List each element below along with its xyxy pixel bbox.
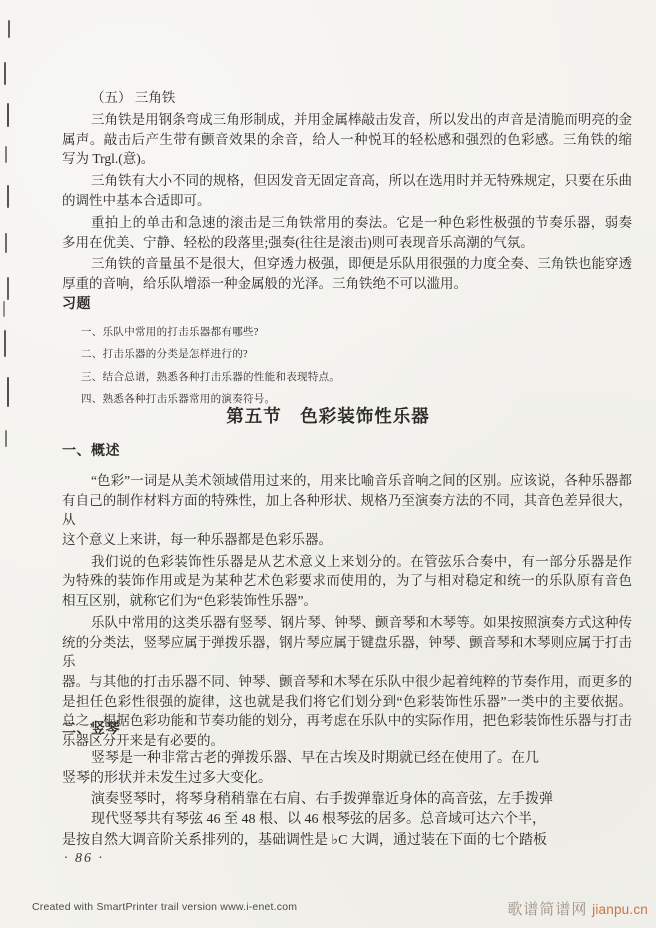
exercise-item: 三、结合总谱，熟悉各种打击乐器的性能和表现特点。: [81, 367, 632, 389]
paragraph: “色彩”一词是从美术领域借用过来的，用来比喻音乐音响之间的区别。应该说，各种乐器…: [62, 471, 632, 549]
scanned-book-page: （五） 三角铁 三角铁是用钢条弯成三角形制成，并用金属棒敲击发音，所以发出的声音…: [0, 0, 656, 928]
text-line: 演奏竖琴时，将琴身稍稍靠在右肩、右手拨弹靠近身体的高音弦，左手拨弹: [62, 790, 632, 810]
binding-mark: [3, 301, 5, 317]
paragraph: 现代竖琴共有琴弦 46 至 48 根、以 46 根琴弦的居多。总音域可达六个半，…: [62, 810, 632, 851]
triangle-section: （五） 三角铁 三角铁是用钢条弯成三角形制成，并用金属棒敲击发音，所以发出的声音…: [62, 88, 632, 294]
paragraph: 竖琴是一种非常古老的弹拨乐器、早在古埃及时期就已经在使用了。在几 竖琴的形状并未…: [62, 749, 632, 790]
text-line: 的调性中基本合适即可。: [62, 191, 632, 211]
section-title: 第五节 色彩装饰性乐器: [0, 403, 656, 428]
text-line: 现代竖琴共有琴弦 46 至 48 根、以 46 根琴弦的居多。总音域可达六个半，: [62, 810, 632, 830]
text-line: 是担任色彩性很强的旋律，这也就是我们将它们划分到“色彩装饰性乐器”一类中的主要依…: [62, 692, 632, 712]
text-line: 乐队中常用的这类乐器有竖琴、钢片琴、钟琴、颤音琴和木琴等。如果按照演奏方式这种传: [62, 613, 632, 633]
binding-mark: [5, 233, 7, 253]
paragraph: 重拍上的单击和急速的滚击是三角铁常用的奏法。它是一种色彩性极强的节奏乐器，弱奏 …: [62, 213, 632, 253]
paragraph: 演奏竖琴时，将琴身稍稍靠在右肩、右手拨弹靠近身体的高音弦，左手拨弹: [62, 790, 632, 810]
binding-mark: [5, 146, 7, 163]
text-line: 为特殊的装饰作用或是为某种艺术色彩要求而使用的，为了与相对稳定和统一的乐队原有音…: [62, 571, 632, 591]
subsection-heading: （五） 三角铁: [62, 88, 632, 108]
exercise-item: 二、打击乐器的分类是怎样进行的?: [81, 344, 632, 366]
text-line: 三角铁是用钢条弯成三角形制成，并用金属棒敲击发音，所以发出的声音是清脆而明亮的金: [62, 110, 632, 130]
harp-section: 二、竖琴 竖琴是一种非常古老的弹拨乐器、早在古埃及时期就已经在使用了。在几 竖琴…: [62, 720, 632, 851]
exercises-heading: 习题: [62, 295, 632, 315]
text-line: 器。与其他的打击乐器不同、钟琴、颤音琴和木琴在乐队中很少起着纯粹的节奏作用，而更…: [62, 672, 632, 692]
paragraph: 我们说的色彩装饰性乐器是从艺术意义上来划分的。在管弦乐合奏中，有一部分乐器是作 …: [62, 552, 632, 611]
text-line: 统的分类法，竖琴应属于弹拨乐器，钢片琴应属于键盘乐器，钟琴、颤音琴和木琴则应属于…: [62, 633, 632, 672]
text-line: 有自己的制作材料方面的特殊性，加上各种形状、规格乃至演奏方法的不同，其音色差异很…: [62, 491, 632, 530]
binding-mark: [5, 430, 7, 447]
binding-mark: [7, 185, 9, 208]
text-line: 这个意义上来讲，每一种乐器都是色彩乐器。: [62, 530, 632, 550]
site-name: 歌谱简谱网: [507, 902, 592, 918]
text-line: 重拍上的单击和急速的滚击是三角铁常用的奏法。它是一种色彩性极强的节奏乐器，弱奏: [62, 213, 632, 233]
text-line: 写为 Trgl.(意)。: [62, 149, 632, 169]
binding-mark: [7, 103, 9, 127]
site-watermark: 歌谱简谱网 jianpu.cn: [507, 898, 648, 919]
paragraph: 三角铁有大小不同的规格，但因发音无固定音高，所以在选用时并无特殊规定，只要在乐曲…: [62, 171, 632, 211]
harp-heading: 二、竖琴: [62, 720, 632, 740]
overview-section: 一、概述 “色彩”一词是从美术领域借用过来的，用来比喻音乐音响之间的区别。应该说…: [62, 442, 632, 750]
exercise-item: 一、乐队中常用的打击乐器都有哪些?: [81, 322, 632, 344]
binding-mark: [4, 330, 6, 357]
exercise-list: 一、乐队中常用的打击乐器都有哪些? 二、打击乐器的分类是怎样进行的? 三、结合总…: [62, 322, 632, 411]
paragraph: 三角铁是用钢条弯成三角形制成，并用金属棒敲击发音，所以发出的声音是清脆而明亮的金…: [62, 110, 632, 169]
text-line: 厚重的音响，给乐队增添一种金属般的光泽。三角铁绝不可以滥用。: [62, 274, 632, 294]
text-line: 多用在优美、宁静、轻松的段落里;强奏(往往是滚击)则可表现音乐高潮的气氛。: [62, 233, 632, 253]
printer-watermark: Created with SmartPrinter trail version …: [32, 901, 297, 913]
exercises-section: 习题 一、乐队中常用的打击乐器都有哪些? 二、打击乐器的分类是怎样进行的? 三、…: [62, 295, 632, 411]
site-domain: jianpu.cn: [592, 902, 648, 917]
text-line: 竖琴是一种非常古老的弹拨乐器、早在古埃及时期就已经在使用了。在几: [62, 749, 632, 769]
text-line: 我们说的色彩装饰性乐器是从艺术意义上来划分的。在管弦乐合奏中，有一部分乐器是作: [62, 552, 632, 572]
page-number: · 86 ·: [64, 851, 104, 867]
paragraph: 三角铁的音量虽不是很大，但穿透力极强，即便是乐队用很强的力度全奏、三角铁也能穿透…: [62, 254, 632, 294]
text-line: 是按自然大调音阶关系排列的，基础调性是 ♭C 大调，通过装在下面的七个踏板: [62, 831, 632, 851]
overview-heading: 一、概述: [62, 442, 632, 462]
text-line: 三角铁的音量虽不是很大，但穿透力极强，即便是乐队用很强的力度全奏、三角铁也能穿透: [62, 254, 632, 274]
text-line: 三角铁有大小不同的规格，但因发音无固定音高，所以在选用时并无特殊规定，只要在乐曲: [62, 171, 632, 191]
text-line: 属声。敲击后产生带有颤音效果的余音，给人一种悦耳的轻松感和强烈的色彩感。三角铁的…: [62, 130, 632, 150]
text-line: 相互区别，就称它们为“色彩装饰性乐器”。: [62, 591, 632, 611]
binding-mark: [8, 20, 10, 38]
binding-mark: [7, 277, 9, 300]
binding-mark: [4, 62, 6, 85]
text-line: “色彩”一词是从美术领域借用过来的，用来比喻音乐音响之间的区别。应该说，各种乐器…: [62, 471, 632, 491]
text-line: 竖琴的形状并未发生过多大变化。: [62, 769, 632, 789]
